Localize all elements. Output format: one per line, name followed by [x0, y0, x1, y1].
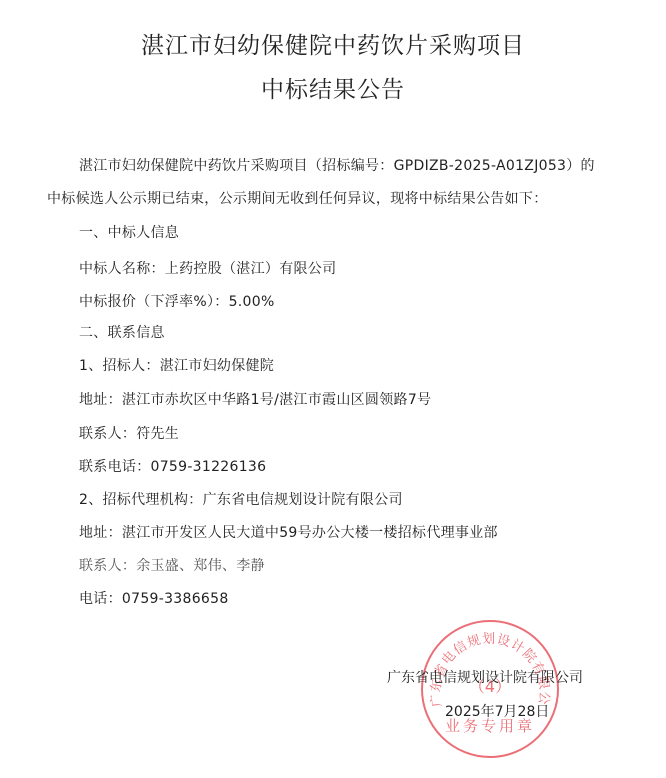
winner-name: 中标人名称：上药控股（湛江）有限公司 — [79, 258, 336, 278]
agency-contact: 联系人：余玉盛、郑伟、李静 — [79, 555, 265, 575]
intro-paragraph-line1: 湛江市妇幼保健院中药饮片采购项目（招标编号：GPDIZB-2025-A01ZJ0… — [79, 155, 595, 175]
tenderer: 1、招标人：湛江市妇幼保健院 — [79, 355, 274, 375]
section-heading-contact: 二、联系信息 — [79, 322, 165, 342]
signature-organization: 广东省电信规划设计院有限公司 — [387, 667, 583, 687]
tenderer-contact: 联系人：符先生 — [79, 423, 179, 443]
tenderer-phone: 联系电话：0759-31226136 — [79, 456, 266, 476]
document-title: 湛江市妇幼保健院中药饮片采购项目 — [0, 27, 666, 60]
intro-paragraph-line2: 中标候选人公示期已结束，公示期间无收到任何异议，现将中标结果公告如下： — [47, 188, 548, 208]
signature-date: 2025年7月28日 — [445, 701, 549, 721]
official-seal: 广东省电信规划设计院有限公司 （4） 业务专用章 — [421, 620, 559, 758]
section-heading-winner: 一、中标人信息 — [79, 222, 179, 242]
agency-address: 地址：湛江市开发区人民大道中59号办公大楼一楼招标代理事业部 — [79, 522, 498, 542]
document-subtitle: 中标结果公告 — [0, 71, 666, 104]
agency: 2、招标代理机构：广东省电信规划设计院有限公司 — [79, 489, 403, 509]
winner-price: 中标报价（下浮率%）：5.00% — [79, 291, 275, 311]
tenderer-address: 地址：湛江市赤坎区中华路1号/湛江市霞山区圆领路7号 — [79, 389, 431, 409]
agency-phone: 电话：0759-3386658 — [79, 588, 229, 608]
